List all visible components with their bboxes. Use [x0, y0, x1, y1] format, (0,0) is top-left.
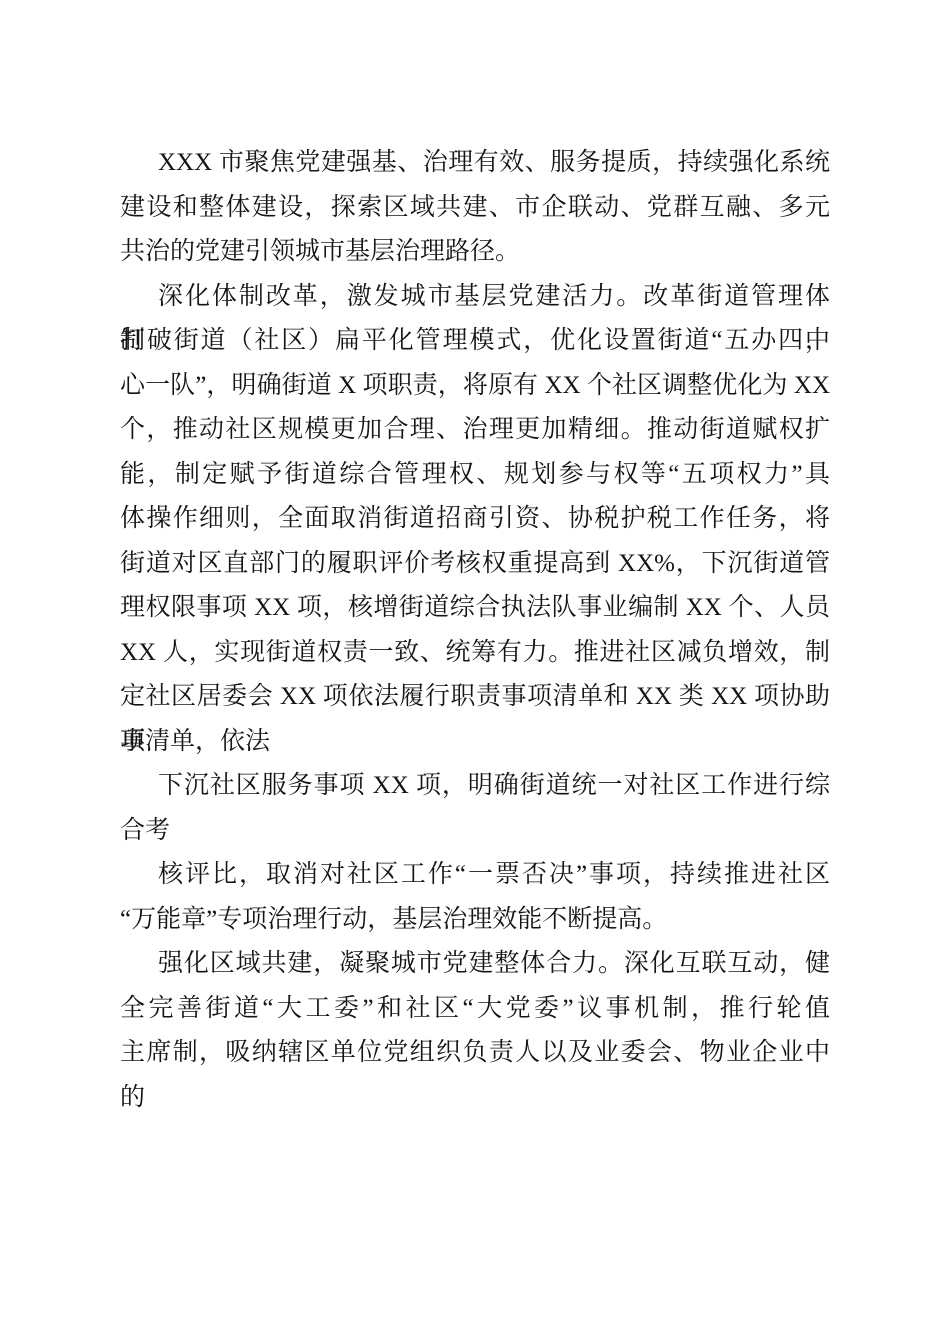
text-line: 心一队”，明确街道 X 项职责，将原有 XX 个社区调整优化为 XX — [120, 364, 830, 409]
document-page: XXX 市聚焦党建强基、治理有效、服务提质，持续强化系统建设和整体建设，探索区域… — [0, 0, 950, 1344]
text-line: 定社区居委会 XX 项依法履行职责事项清单和 XX 类 XX 项协助事 — [120, 675, 830, 720]
paragraph: XXX 市聚焦党建强基、治理有效、服务提质，持续强化系统建设和整体建设，探索区域… — [120, 141, 830, 275]
text-line: 的 — [120, 1076, 830, 1121]
text-line: 全完善街道“大工委”和社区“大党委”议事机制，推行轮值 — [120, 987, 830, 1032]
text-line: 街道对区直部门的履职评价考核权重提高到 XX%，下沉街道管 — [120, 542, 830, 587]
text-line: XX 人，实现街道权责一致、统筹有力。推进社区减负增效，制 — [120, 631, 830, 676]
text-line: 主席制，吸纳辖区单位党组织负责人以及业委会、物业企业中 — [120, 1031, 830, 1076]
text-line: “万能章”专项治理行动，基层治理效能不断提高。 — [120, 898, 830, 943]
text-line: 个，推动社区规模更加合理、治理更加精细。推动街道赋权扩 — [120, 408, 830, 453]
text-line: 打破街道（社区）扁平化管理模式，优化设置街道“五办四中 — [120, 319, 830, 364]
text-line: 共治的党建引领城市基层治理路径。 — [120, 230, 830, 275]
text-line: 项清单，依法 — [120, 720, 830, 765]
text-line: 下沉社区服务事项 XX 项，明确街道统一对社区工作进行综 — [120, 764, 830, 809]
text-line: 合考 — [120, 809, 830, 854]
paragraph: 核评比，取消对社区工作“一票否决”事项，持续推进社区“万能章”专项治理行动，基层… — [120, 853, 830, 942]
text-line: 建设和整体建设，探索区域共建、市企联动、党群互融、多元 — [120, 186, 830, 231]
text-line: 能，制定赋予街道综合管理权、规划参与权等“五项权力”具 — [120, 453, 830, 498]
text-line: 理权限事项 XX 项，核增街道综合执法队事业编制 XX 个、人员 — [120, 586, 830, 631]
text-line: 深化体制改革，激发城市基层党建活力。改革街道管理体制， — [120, 275, 830, 320]
text-line: 体操作细则，全面取消街道招商引资、协税护税工作任务，将 — [120, 497, 830, 542]
text-line: XXX 市聚焦党建强基、治理有效、服务提质，持续强化系统 — [120, 141, 830, 186]
text-line: 核评比，取消对社区工作“一票否决”事项，持续推进社区 — [120, 853, 830, 898]
paragraph: 强化区域共建，凝聚城市党建整体合力。深化互联互动，健全完善街道“大工委”和社区“… — [120, 942, 830, 1120]
paragraph: 下沉社区服务事项 XX 项，明确街道统一对社区工作进行综合考 — [120, 764, 830, 853]
page-text: XXX 市聚焦党建强基、治理有效、服务提质，持续强化系统建设和整体建设，探索区域… — [120, 141, 830, 1120]
paragraph: 深化体制改革，激发城市基层党建活力。改革街道管理体制，打破街道（社区）扁平化管理… — [120, 275, 830, 765]
text-line: 强化区域共建，凝聚城市党建整体合力。深化互联互动，健 — [120, 942, 830, 987]
